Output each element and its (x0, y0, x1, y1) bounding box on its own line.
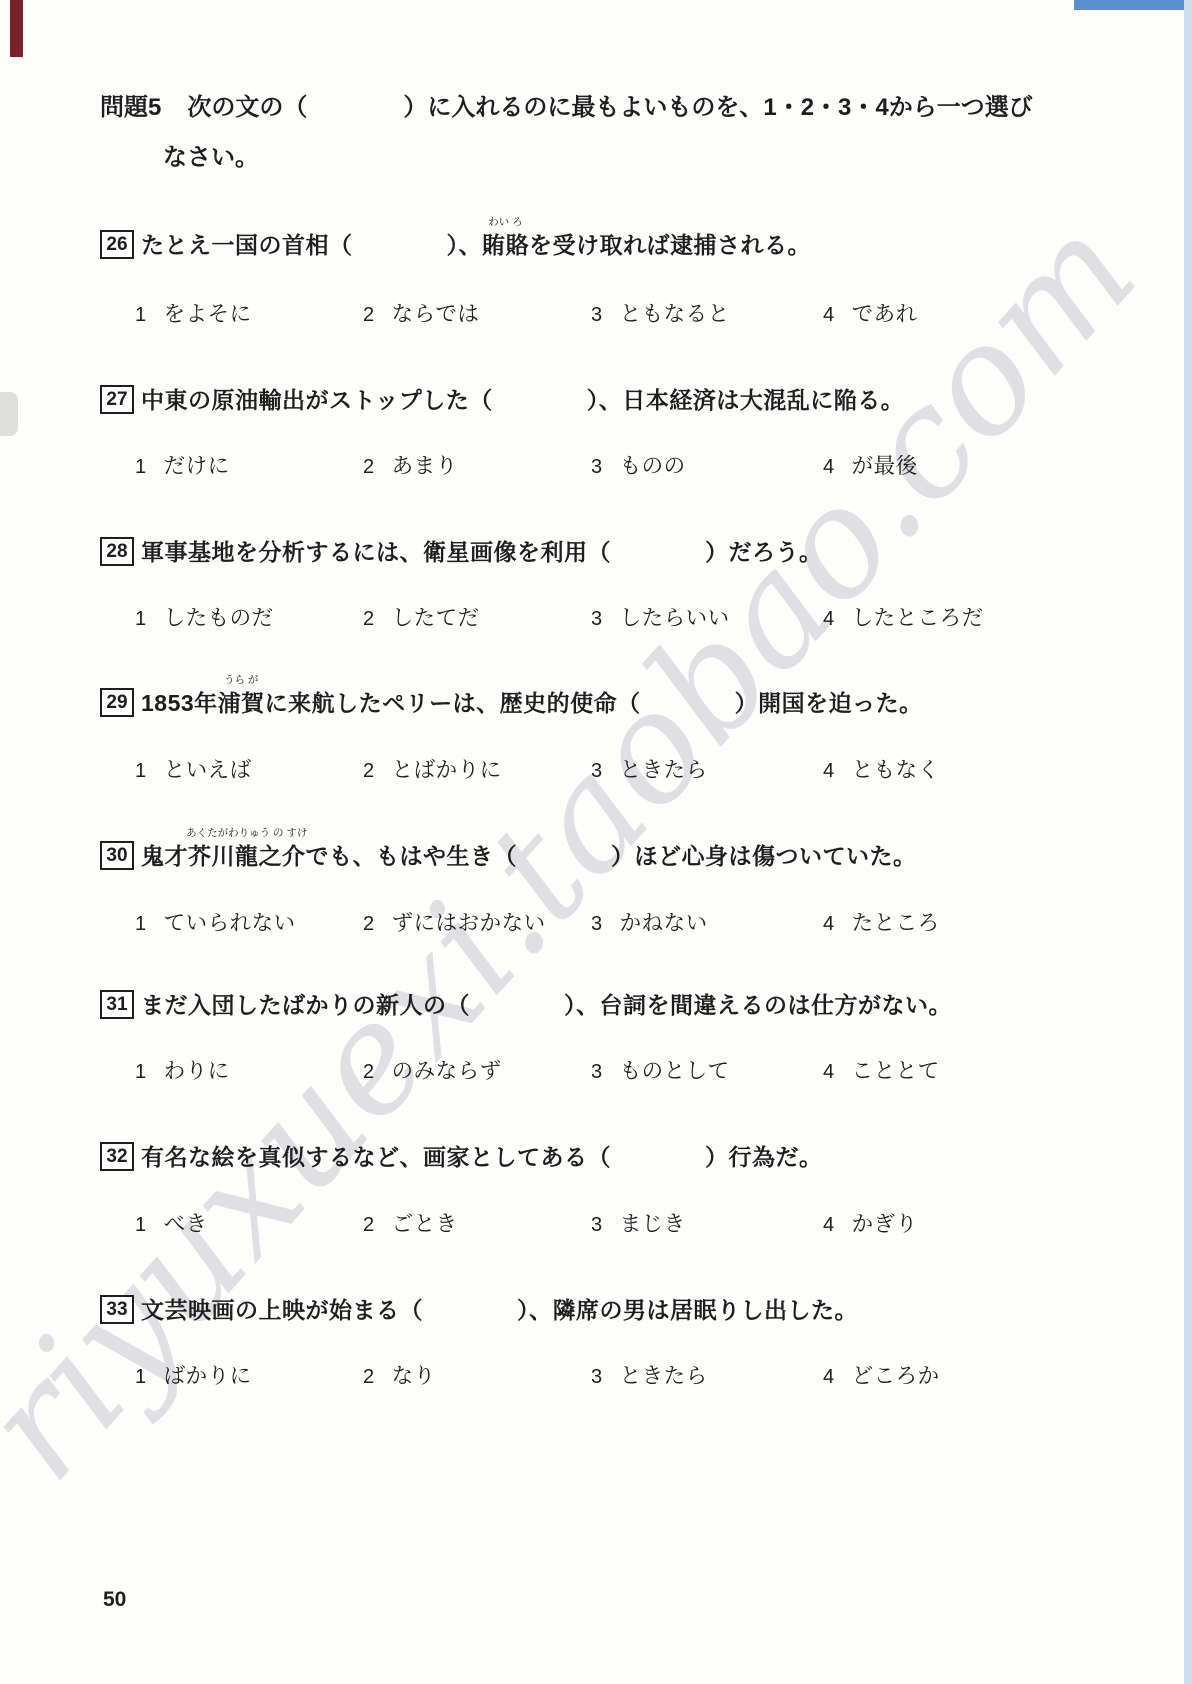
option-1: 1ばかりに (135, 1359, 363, 1390)
option-3: 3まじき (591, 1207, 823, 1238)
option-1: 1わりに (135, 1054, 363, 1085)
option-1: 1したものだ (135, 601, 363, 632)
options-row-33: 1ばかりに 2なり 3ときたら 4どころか (135, 1359, 1152, 1390)
furigana: わい ろ (488, 217, 522, 228)
option-2: 2ずにはおかない (363, 906, 591, 937)
test-page: 問題5次の文の（ ）に入れるのに最もよいものを、1・2・3・4から一つ選び なさ… (0, 0, 1192, 1684)
problem-label: 問題5 (100, 94, 161, 121)
scan-edge-maroon-bar (10, 0, 23, 57)
option-4: 4どころか (823, 1359, 1152, 1390)
question-stem: 軍事基地を分析するには、衛星画像を利用（ ）だろう。 (141, 537, 823, 567)
question-28: 28 軍事基地を分析するには、衛星画像を利用（ ）だろう。 (100, 537, 1132, 567)
question-33: 33 文芸映画の上映が始まる（ ）、隣席の男は居眠りし出した。 (100, 1295, 1132, 1325)
option-4: 4であれ (823, 297, 1152, 328)
question-number: 27 (106, 389, 127, 411)
option-3: 3したらいい (591, 601, 823, 632)
furigana: うら が (224, 675, 258, 686)
options-row-30: 1ていられない 2ずにはおかない 3かねない 4たところ (135, 906, 1152, 937)
option-3: 3ときたら (591, 753, 823, 784)
instruction-line2: なさい。 (163, 142, 1122, 174)
option-2: 2なり (363, 1359, 591, 1390)
question-30: 30 鬼才あくたがわりゅう の すけ芥川龍之介でも、もはや生き（ ）ほど心身は傷… (100, 841, 1132, 871)
section-header: 問題5次の文の（ ）に入れるのに最もよいものを、1・2・3・4から一つ選び なさ… (100, 92, 1122, 174)
option-4: 4こととて (823, 1054, 1152, 1085)
question-stem: 鬼才あくたがわりゅう の すけ芥川龍之介でも、もはや生き（ ）ほど心身は傷ついて… (141, 841, 917, 871)
option-4: 4ともなく (823, 753, 1152, 784)
question-number: 32 (106, 1146, 127, 1168)
question-number: 31 (106, 994, 127, 1016)
question-number-box: 26 (100, 230, 134, 259)
options-row-28: 1したものだ 2したてだ 3したらいい 4したところだ (135, 601, 1152, 632)
option-1: 1べき (135, 1207, 363, 1238)
option-4: 4かぎり (823, 1207, 1152, 1238)
option-2: 2ごとき (363, 1207, 591, 1238)
options-row-32: 1べき 2ごとき 3まじき 4かぎり (135, 1207, 1152, 1238)
option-1: 1といえば (135, 753, 363, 784)
options-row-29: 1といえば 2とばかりに 3ときたら 4ともなく (135, 753, 1152, 784)
option-1: 1ていられない (135, 906, 363, 937)
options-row-31: 1わりに 2のみならず 3ものとして 4こととて (135, 1054, 1152, 1085)
option-3: 3ものの (591, 449, 823, 480)
question-32: 32 有名な絵を真似するなど、画家としてある（ ）行為だ。 (100, 1142, 1132, 1172)
question-number-box: 29 (100, 688, 134, 717)
question-stem: まだ入団したばかりの新人の（ ）、台詞を間違えるのは仕方がない。 (141, 990, 952, 1020)
question-number: 29 (106, 692, 127, 714)
option-3: 3かねない (591, 906, 823, 937)
question-number: 28 (106, 541, 127, 563)
option-4: 4したところだ (823, 601, 1152, 632)
page-number: 50 (103, 1588, 126, 1612)
question-number-box: 28 (100, 537, 134, 566)
question-27: 27 中東の原油輸出がストップした（ ）、日本経済は大混乱に陥る。 (100, 385, 1132, 415)
option-1: 1をよそに (135, 297, 363, 328)
question-number-box: 31 (100, 990, 134, 1019)
option-3: 3ともなると (591, 297, 823, 328)
option-4: 4たところ (823, 906, 1152, 937)
question-number-box: 27 (100, 385, 134, 414)
option-2: 2ならでは (363, 297, 591, 328)
question-stem: 中東の原油輸出がストップした（ ）、日本経済は大混乱に陥る。 (141, 385, 904, 415)
option-3: 3ときたら (591, 1359, 823, 1390)
option-3: 3ものとして (591, 1054, 823, 1085)
question-stem: たとえ一国の首相（ ）、わい ろ賄賂を受け取れば逮捕される。 (141, 230, 811, 260)
question-number-box: 30 (100, 841, 134, 870)
question-stem: 1853年うら が浦賀に来航したペリーは、歴史的使命（ ）開国を迫った。 (141, 688, 923, 718)
option-2: 2あまり (363, 449, 591, 480)
question-31: 31 まだ入団したばかりの新人の（ ）、台詞を間違えるのは仕方がない。 (100, 990, 1132, 1020)
question-number: 33 (106, 1299, 127, 1321)
options-row-26: 1をよそに 2ならでは 3ともなると 4であれ (135, 297, 1152, 328)
question-number-box: 33 (100, 1295, 134, 1324)
question-number-box: 32 (100, 1142, 134, 1171)
question-stem: 文芸映画の上映が始まる（ ）、隣席の男は居眠りし出した。 (141, 1295, 858, 1325)
option-2: 2とばかりに (363, 753, 591, 784)
option-1: 1だけに (135, 449, 363, 480)
options-row-27: 1だけに 2あまり 3ものの 4が最後 (135, 449, 1152, 480)
question-number: 26 (106, 234, 127, 256)
scan-edge-blue-right-strip (1184, 0, 1192, 1684)
question-29: 29 1853年うら が浦賀に来航したペリーは、歴史的使命（ ）開国を迫った。 (100, 688, 1132, 718)
question-number: 30 (106, 845, 127, 867)
instruction-text: 次の文の（ ）に入れるのに最もよいものを、1・2・3・4から一つ選び (187, 94, 1032, 121)
scan-edge-gray-patch (0, 392, 18, 436)
instruction-line1: 問題5次の文の（ ）に入れるのに最もよいものを、1・2・3・4から一つ選び (100, 92, 1122, 124)
option-4: 4が最後 (823, 449, 1152, 480)
option-2: 2のみならず (363, 1054, 591, 1085)
furigana: あくたがわりゅう の すけ (186, 828, 307, 839)
question-stem: 有名な絵を真似するなど、画家としてある（ ）行為だ。 (141, 1142, 823, 1172)
scan-edge-blue-top-strip (1074, 0, 1192, 10)
option-2: 2したてだ (363, 601, 591, 632)
question-26: 26 たとえ一国の首相（ ）、わい ろ賄賂を受け取れば逮捕される。 (100, 230, 1132, 260)
